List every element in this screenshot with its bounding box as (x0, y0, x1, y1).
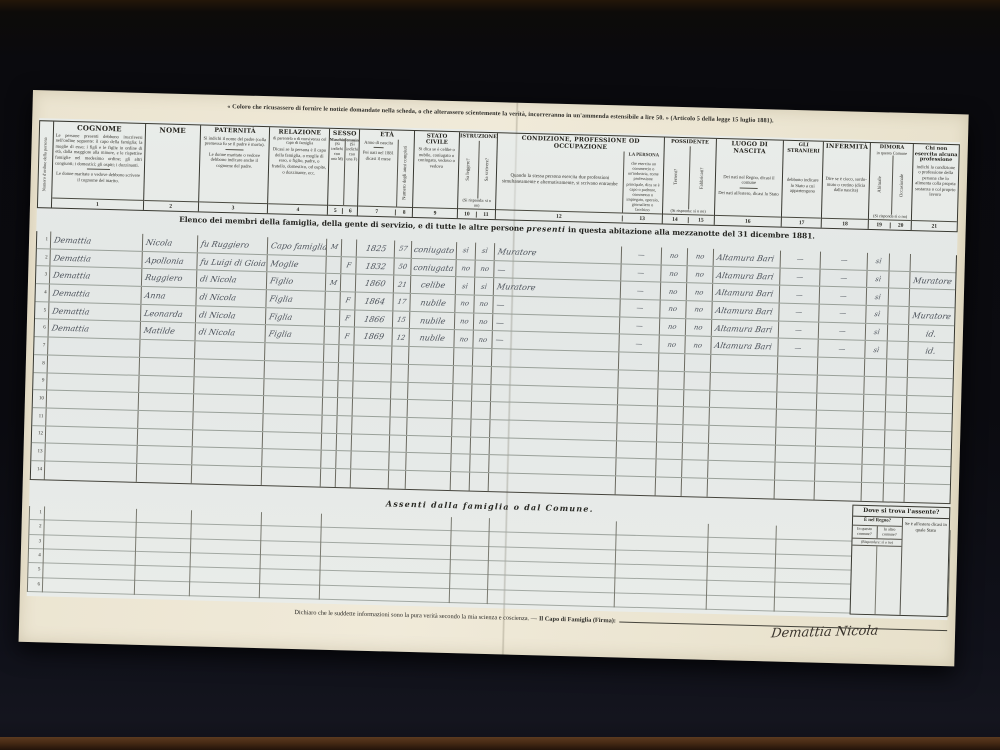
table-cell (470, 473, 489, 491)
table-cell (137, 446, 192, 464)
handwritten-entry: — (636, 287, 644, 295)
table-cell: di Nicola (195, 324, 265, 343)
table-cell (818, 358, 865, 376)
table-cell (339, 363, 354, 380)
col-sesso: SESSO Maschio (Si indichi con una M) Fem… (328, 129, 360, 216)
table-cell (139, 358, 194, 376)
handwritten-entry: Apollonia (144, 256, 184, 266)
table-cell: no (475, 260, 494, 277)
table-cell: Leonarda (141, 305, 196, 323)
table-cell: id. (908, 342, 953, 360)
photo-background: « Coloro che ricusassero di fornire le n… (0, 0, 1000, 750)
table-cell: id. (909, 325, 954, 343)
table-cell (471, 419, 490, 436)
table-cell (321, 469, 336, 487)
table-cell: — (620, 317, 660, 335)
handwritten-entry: no (693, 341, 703, 349)
handwritten-entry: sì (875, 257, 882, 265)
table-cell: 50 (395, 258, 412, 275)
table-cell (452, 419, 471, 436)
row-number: 7 (34, 337, 48, 354)
table-cell: Matilde (140, 322, 195, 340)
table-cell (337, 434, 352, 451)
handwritten-entry: di Nicola (199, 275, 237, 285)
handwritten-entry: F (344, 314, 350, 322)
row-number: 5 (28, 568, 40, 573)
table-cell (885, 448, 906, 465)
table-cell: 1864 (356, 293, 394, 311)
table-cell: Figlio (266, 273, 326, 291)
handwritten-entry: sì (874, 293, 881, 301)
table-cell (655, 477, 681, 495)
table-cell (46, 408, 138, 427)
table-cell: di Nicola (197, 271, 267, 290)
table-cell (390, 417, 407, 434)
table-cell (491, 402, 618, 422)
table-cell (709, 426, 777, 444)
row-number: 3 (36, 267, 50, 284)
table-cell: no (659, 336, 685, 353)
table-cell (263, 414, 323, 432)
table-cell (910, 289, 955, 307)
table-cell: Figlia (265, 308, 325, 326)
handwritten-entry: fu Ruggiero (200, 239, 250, 249)
handwritten-entry: coniugata (413, 263, 455, 273)
table-cell: Altamura Bari (711, 320, 779, 338)
table-cell: celibe (411, 276, 456, 294)
table-cell (323, 398, 338, 415)
table-cell: Capo famiglia (267, 237, 327, 255)
table-cell: fu Luigi di Gioia (197, 253, 267, 272)
table-cell (681, 478, 707, 496)
row-number: 6 (28, 582, 40, 587)
handwritten-entry: Muratore (913, 276, 953, 286)
row-number: 13 (31, 443, 45, 460)
handwritten-entry: Altamura Bari (715, 288, 774, 298)
handwritten-entry: Demattia (52, 289, 91, 299)
handwritten-entry: no (478, 336, 488, 344)
table-cell: sì (476, 243, 495, 260)
table-cell (409, 347, 454, 365)
table-cell: — (780, 304, 820, 322)
table-cell (906, 449, 951, 467)
table-cell (194, 377, 264, 396)
table-cell (490, 420, 617, 440)
handwritten-entry: sì (874, 275, 881, 283)
row-number: 4 (29, 553, 41, 558)
table-cell (351, 469, 389, 488)
table-cell (865, 359, 887, 376)
table-cell (473, 366, 492, 383)
col-possidente: POSSIDENTE Terreni? Fabbricati? (Si risp… (662, 138, 716, 225)
handwritten-entry: 57 (398, 245, 408, 253)
table-cell (907, 395, 952, 413)
wood-table-edge (0, 737, 1000, 750)
handwritten-entry: 17 (397, 298, 407, 306)
handwritten-entry: F (344, 332, 350, 340)
table-cell: Altamura Bari (713, 249, 781, 267)
table-cell (472, 384, 491, 401)
table-cell: — (620, 282, 660, 300)
handwritten-entry: nubile (419, 298, 446, 308)
table-cell: coniugato (412, 241, 457, 259)
table-cell: sì (475, 278, 494, 295)
table-cell (889, 271, 910, 288)
table-cell: Anna (141, 287, 196, 305)
table-cell (684, 372, 710, 389)
handwritten-entry: 15 (396, 316, 406, 324)
handwritten-entry: no (669, 252, 679, 260)
handwritten-entry: — (838, 327, 846, 335)
table-cell: sì (867, 288, 889, 305)
table-cell (657, 424, 683, 441)
handwritten-entry: no (668, 305, 678, 313)
table-cell: 21 (394, 276, 411, 293)
handwritten-entry: M (330, 243, 339, 251)
table-cell: no (455, 331, 474, 348)
table-cell (656, 460, 682, 477)
table-cell (392, 364, 409, 381)
handwritten-entry: sì (461, 282, 468, 290)
handwritten-entry: Altamura Bari (714, 324, 773, 334)
table-cell (618, 370, 658, 388)
handwritten-entry: Moglie (269, 259, 299, 269)
table-cell: coniugata (411, 259, 456, 277)
table-cell (323, 416, 338, 433)
table-cell: sì (866, 306, 888, 323)
table-cell (342, 239, 357, 256)
assente-location-box: Dove si trova l'assente? È nel Regno? In… (850, 505, 951, 618)
table-cell: 1860 (356, 275, 394, 293)
table-cell (452, 437, 471, 454)
table-cell: no (455, 295, 474, 312)
table-cell: no (660, 301, 686, 318)
table-cell (453, 384, 472, 401)
table-cell: Moglie (267, 255, 327, 273)
table-cell: Apollonia (142, 252, 197, 270)
col-ordine-label: Numero d'ordine della persona (42, 137, 48, 191)
table-cell (905, 484, 950, 503)
table-cell: Ruggiero (142, 269, 197, 287)
table-cell: F (340, 310, 355, 327)
table-cell: 17 (394, 294, 411, 311)
table-cell (911, 254, 956, 272)
handwritten-entry: 1825 (365, 244, 387, 253)
table-cell: — (819, 305, 866, 323)
table-cell (778, 357, 818, 375)
table-cell (46, 426, 138, 445)
table-cell (682, 460, 708, 477)
table-cell (864, 412, 886, 429)
row-number: 1 (37, 231, 51, 248)
col-cognome: COGNOME Le persone presenti debbono insc… (52, 122, 146, 210)
table-cell (888, 324, 909, 341)
handwritten-entry: Anna (144, 291, 167, 301)
table-cell (45, 461, 137, 481)
table-cell (490, 438, 617, 458)
table-cell (138, 411, 193, 429)
table-cell: no (661, 265, 687, 282)
table-cell: Figlia (265, 326, 325, 344)
handwritten-entry: — (795, 326, 803, 334)
table-cell (886, 413, 907, 430)
handwritten-entry: 1869 (362, 332, 384, 341)
table-cell: — (620, 300, 660, 318)
handwritten-entry: Leonarda (143, 309, 183, 319)
handwritten-entry: Altamura Bari (713, 341, 772, 351)
table-cell (338, 398, 353, 415)
table-cell (451, 472, 470, 490)
table-cell (470, 455, 489, 472)
handwritten-entry: no (695, 253, 705, 261)
table-cell (336, 469, 351, 487)
table-cell: — (493, 296, 620, 316)
table-cell (684, 354, 710, 371)
table-cell: no (685, 337, 711, 354)
table-cell (195, 341, 265, 360)
handwritten-entry: no (461, 264, 471, 272)
handwritten-entry: — (838, 345, 846, 353)
table-cell (886, 395, 907, 412)
handwritten-entry: sì (480, 283, 487, 291)
row-number: 1 (30, 510, 42, 515)
handwritten-entry: no (694, 270, 704, 278)
handwritten-entry: 1864 (363, 297, 385, 306)
table-cell (815, 464, 862, 482)
table-cell (489, 455, 616, 475)
table-cell: Demattia (50, 267, 142, 286)
handwritten-entry: Figlio (269, 276, 294, 286)
table-cell (261, 467, 321, 486)
table-cell (193, 394, 263, 413)
table-cell (325, 309, 340, 326)
col-eta: ETÀ Anno di nascita Pei nati nel 1881 di… (358, 130, 415, 217)
table-cell: Altamura Bari (712, 284, 780, 302)
table-cell: no (474, 313, 493, 330)
table-cell (324, 345, 339, 362)
table-cell (709, 390, 777, 408)
table-cell (454, 366, 473, 383)
table-cell (263, 396, 323, 414)
table-cell: — (494, 261, 621, 281)
table-cell (908, 360, 953, 378)
col-chi-non-esercita: Chi non esercita alcuna professione indi… (912, 144, 959, 231)
handwritten-entry: nubile (419, 316, 446, 326)
table-cell (777, 392, 817, 410)
table-cell: — (619, 335, 659, 353)
table-cell: Demattia (50, 249, 142, 268)
table-cell: Muratore (910, 272, 955, 290)
handwritten-entry: 12 (396, 333, 406, 341)
table-cell (408, 400, 453, 418)
table-cell (323, 380, 338, 397)
table-cell (817, 393, 864, 411)
table-cell: no (661, 248, 687, 265)
handwritten-entry: Demattia (51, 306, 90, 316)
handwritten-entry: Figlia (268, 312, 293, 322)
row-number: 5 (35, 302, 49, 319)
handwritten-entry: di Nicola (197, 328, 235, 338)
table-cell (48, 338, 140, 357)
table-cell (407, 435, 452, 453)
table-cell: no (687, 248, 713, 265)
table-cell (906, 413, 951, 431)
handwritten-entry: — (794, 344, 802, 352)
table-cell (472, 402, 491, 419)
table-cell: F (341, 292, 356, 309)
table-cell (453, 401, 472, 418)
table-cell (656, 442, 682, 459)
table-cell: Demattia (49, 302, 141, 321)
row-number: 10 (33, 390, 47, 407)
handwritten-entry: Ruggiero (144, 273, 183, 283)
table-cell (709, 408, 777, 426)
table-cell (407, 418, 452, 436)
table-cell: 12 (393, 329, 410, 346)
table-cell: — (780, 286, 820, 304)
table-cell: nubile (411, 294, 456, 312)
table-cell (262, 432, 322, 450)
handwritten-entry: F (345, 297, 351, 305)
handwritten-entry: coniugato (413, 245, 455, 255)
handwritten-entry: — (796, 291, 804, 299)
table-cell: sì (457, 242, 476, 259)
table-cell (817, 411, 864, 429)
table-cell (684, 390, 710, 407)
row-number: 2 (36, 249, 50, 266)
handwritten-entry: no (459, 317, 469, 325)
handwritten-entry: sì (873, 328, 880, 336)
table-cell (138, 428, 193, 446)
table-cell (815, 482, 862, 501)
table-cell: M (326, 274, 341, 291)
table-cell (657, 407, 683, 424)
table-cell (139, 375, 194, 393)
table-cell (884, 466, 905, 483)
handwritten-entry: — (838, 310, 846, 318)
table-cell (889, 289, 910, 306)
handwritten-entry: Demattia (53, 253, 92, 263)
table-cell: — (621, 246, 661, 264)
table-cell (352, 452, 390, 470)
handwritten-entry: no (478, 318, 488, 326)
table-cell: sì (866, 324, 888, 341)
table-cell (392, 347, 409, 364)
table-cell (708, 461, 776, 479)
handwritten-entry: no (460, 300, 470, 308)
handwritten-entry: Nicola (145, 238, 173, 248)
table-cell (683, 407, 709, 424)
handwritten-entry: no (667, 340, 677, 348)
table-cell: no (659, 318, 685, 335)
handwritten-entry: 1860 (364, 279, 386, 288)
table-cell (48, 355, 140, 374)
handwritten-entry: celibe (420, 280, 446, 290)
table-cell: — (820, 269, 867, 287)
handwritten-entry: — (839, 274, 847, 282)
row-number: 11 (32, 408, 46, 425)
handwritten-entry: — (635, 340, 643, 348)
handwritten-entry: 50 (398, 263, 408, 271)
census-table-body: 1DemattiaNicolafu RuggieroCapo famigliaM… (30, 231, 957, 504)
handwritten-entry: Figlia (268, 294, 293, 304)
handwritten-entry: fu Luigi di Gioia (199, 257, 266, 268)
table-cell (327, 256, 342, 273)
table-cell: Demattia (49, 285, 141, 304)
table-cell (887, 342, 908, 359)
table-cell: sì (865, 341, 887, 358)
table-cell (140, 340, 195, 358)
handwritten-entry: — (636, 269, 644, 277)
table-cell: — (621, 264, 661, 282)
table-cell (353, 399, 391, 417)
handwritten-entry: sì (872, 346, 879, 354)
table-cell (862, 483, 884, 501)
table-cell (683, 425, 709, 442)
table-cell: fu Ruggiero (197, 235, 267, 254)
handwritten-entry: no (668, 270, 678, 278)
table-cell (322, 451, 337, 468)
table-cell: no (685, 319, 711, 336)
table-cell: no (456, 260, 475, 277)
handwritten-entry: — (637, 251, 645, 259)
table-cell (473, 349, 492, 366)
anni-compiuti-label: Numero degli anni compiuti (402, 146, 409, 200)
handwritten-entry: — (795, 308, 803, 316)
handwritten-entry: no (693, 306, 703, 314)
col-stranieri: GLI STRANIERI debbono indicare lo Stato … (782, 141, 824, 228)
handwritten-entry: — (796, 255, 804, 263)
row-number: 6 (35, 320, 49, 337)
table-cell (775, 463, 815, 481)
handwritten-entry: no (479, 265, 489, 273)
table-cell: no (474, 296, 493, 313)
table-cell (325, 327, 340, 344)
col-nome: NOME 2 (144, 124, 201, 211)
col-dimora: DIMORA in questo Comune Abituale Occasio… (869, 143, 914, 230)
table-cell: Muratore (909, 307, 954, 325)
table-cell (337, 451, 352, 468)
handwritten-entry: di Nicola (198, 310, 236, 320)
table-cell: 1832 (357, 257, 395, 275)
table-cell (406, 471, 451, 490)
table-cell (324, 363, 339, 380)
table-cell (391, 400, 408, 417)
table-cell: no (473, 331, 492, 348)
col-relazione: RELAZIONE di parentela o di convivenza c… (268, 127, 330, 215)
table-cell (47, 391, 139, 410)
table-cell: Muratore (495, 243, 622, 263)
table-cell: Altamura Bari (712, 302, 780, 320)
table-cell (352, 434, 390, 452)
table-cell (326, 292, 341, 309)
table-cell (391, 382, 408, 399)
table-cell (816, 429, 863, 447)
table-cell (887, 360, 908, 377)
table-cell (192, 430, 262, 449)
handwritten-entry: Altamura Bari (715, 253, 774, 263)
table-cell (265, 343, 325, 361)
table-cell (682, 443, 708, 460)
handwritten-entry: sì (873, 311, 880, 319)
table-cell (884, 483, 905, 501)
table-cell (341, 275, 356, 292)
table-cell: Demattia (49, 320, 141, 339)
handwritten-entry: Demattia (51, 324, 90, 334)
table-cell: no (455, 313, 474, 330)
table-cell: di Nicola (196, 288, 266, 307)
handwritten-entry: no (479, 300, 489, 308)
